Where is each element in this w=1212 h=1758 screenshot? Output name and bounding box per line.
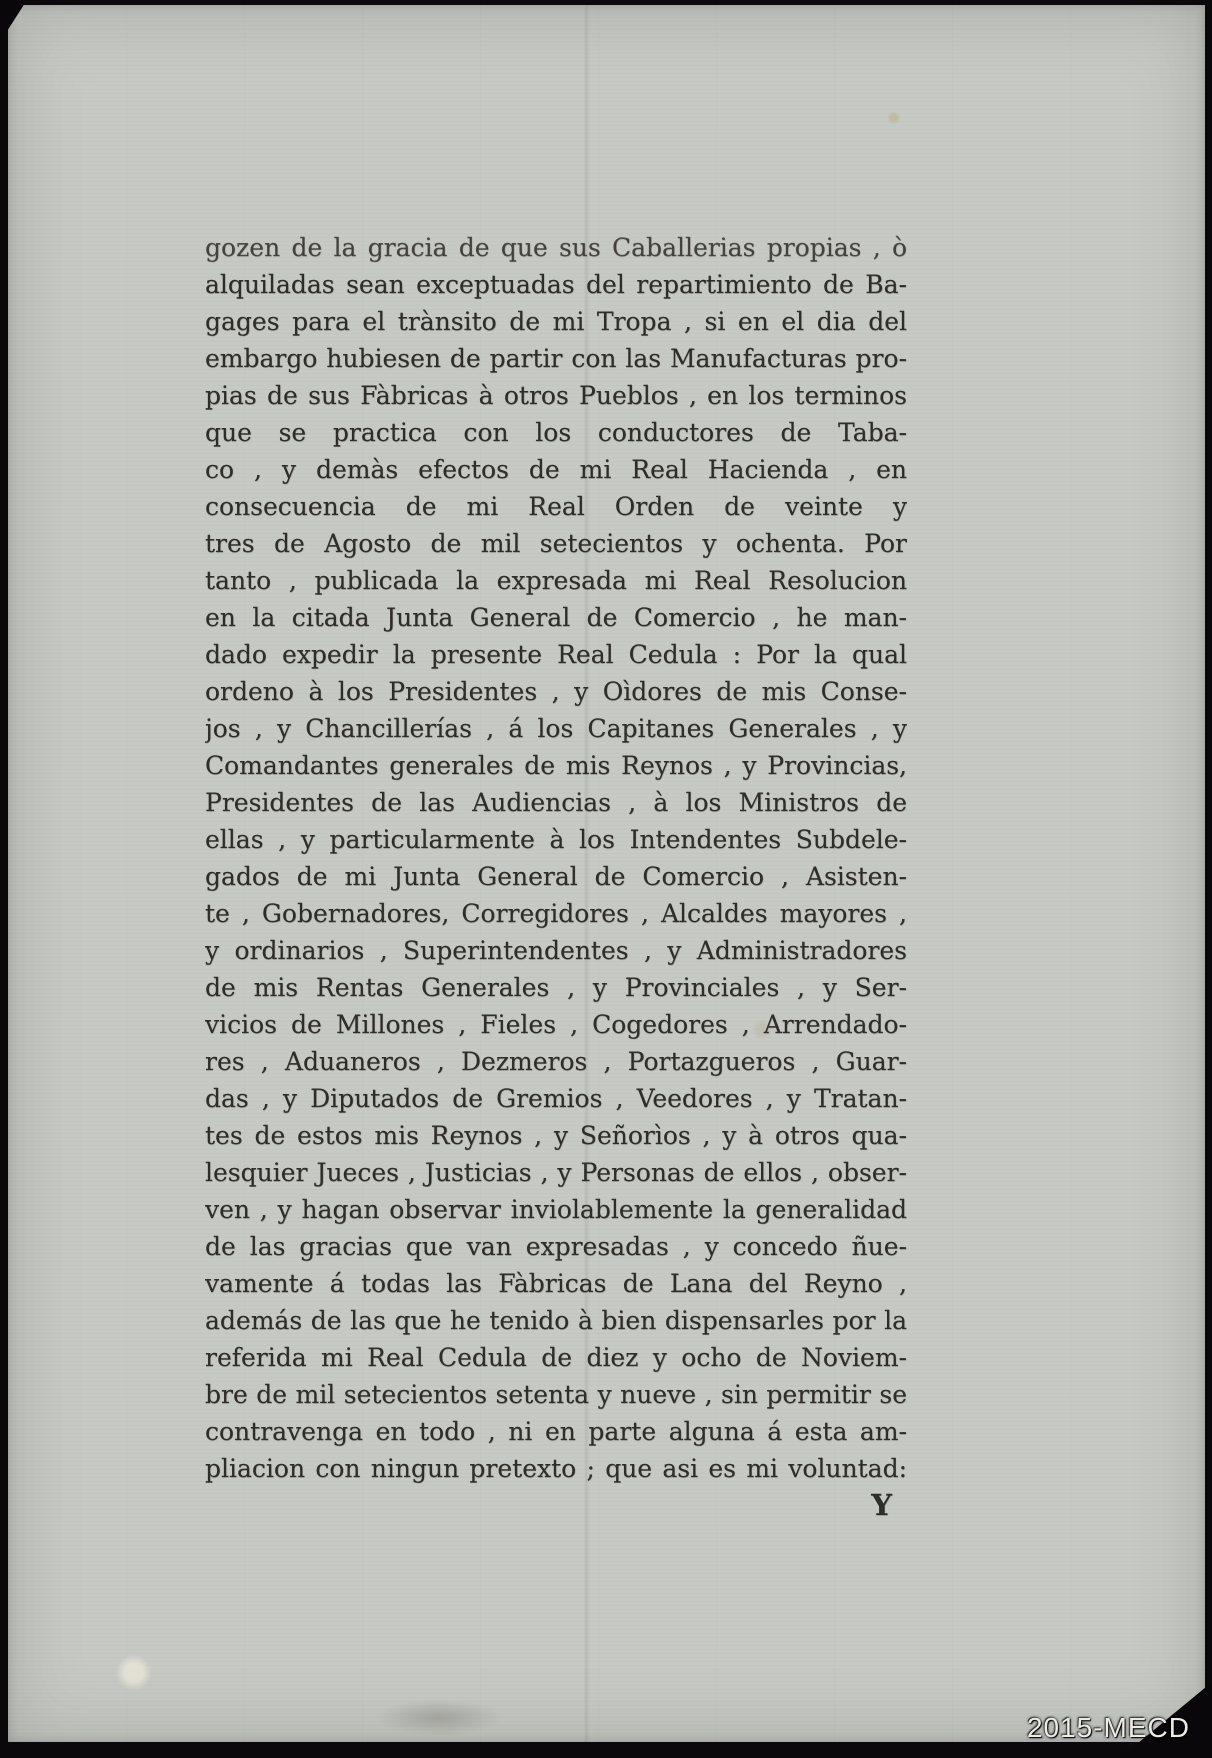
text-line: tres de Agosto de mil setecientos y oche… xyxy=(205,525,907,562)
text-line: tes de estos mis Reynos , y Señorìos , y… xyxy=(205,1117,907,1154)
text-line: ellas , y particularmente à los Intenden… xyxy=(205,821,907,858)
catchword: Y xyxy=(205,1487,907,1527)
text-line: pliacion con ningun pretexto ; que asi e… xyxy=(205,1450,907,1487)
text-line: pias de sus Fàbricas à otros Pueblos , e… xyxy=(205,377,907,414)
text-line: alquiladas sean exceptuadas del repartim… xyxy=(205,266,907,303)
text-line: en la citada Junta General de Comercio ,… xyxy=(205,599,907,636)
text-line: gados de mi Junta General de Comercio , … xyxy=(205,858,907,895)
text-line: co , y demàs efectos de mi Real Hacienda… xyxy=(205,451,907,488)
text-line: dado expedir la presente Real Cedula : P… xyxy=(205,636,907,673)
text-line: vamente á todas las Fàbricas de Lana del… xyxy=(205,1265,907,1302)
text-line: te , Gobernadores, Corregidores , Alcald… xyxy=(205,895,907,932)
text-line: jos , y Chancillerías , á los Capitanes … xyxy=(205,710,907,747)
text-line: gozen de la gracia de que sus Caballeria… xyxy=(205,229,907,266)
text-line: ven , y hagan observar inviolablemente l… xyxy=(205,1191,907,1228)
text-line: bre de mil setecientos setenta y nueve ,… xyxy=(205,1376,907,1413)
text-line: Presidentes de las Audiencias , à los Mi… xyxy=(205,784,907,821)
text-line: tanto , publicada la expresada mi Real R… xyxy=(205,562,907,599)
text-line: vicios de Millones , Fieles , Cogedores … xyxy=(205,1006,907,1043)
page-paper: gozen de la gracia de que sus Caballeria… xyxy=(8,5,1205,1742)
text-line: contravenga en todo , ni en parte alguna… xyxy=(205,1413,907,1450)
text-line: y ordinarios , Superintendentes , y Admi… xyxy=(205,932,907,969)
text-line: Comandantes generales de mis Reynos , y … xyxy=(205,747,907,784)
text-line: lesquier Jueces , Justicias , y Personas… xyxy=(205,1154,907,1191)
text-line: ordeno à los Presidentes , y Oìdores de … xyxy=(205,673,907,710)
text-line: referida mi Real Cedula de diez y ocho d… xyxy=(205,1339,907,1376)
watermark-label: 2015-MECD xyxy=(1027,1712,1190,1744)
text-line: res , Aduaneros , Dezmeros , Portazguero… xyxy=(205,1043,907,1080)
text-line: consecuencia de mi Real Orden de veinte … xyxy=(205,488,907,525)
text-line: embargo hubiesen de partir con las Manuf… xyxy=(205,340,907,377)
text-line: que se practica con los conductores de T… xyxy=(205,414,907,451)
text-line: das , y Diputados de Gremios , Veedores … xyxy=(205,1080,907,1117)
body-text: gozen de la gracia de que sus Caballeria… xyxy=(205,229,907,1527)
text-line: además de las que he tenido à bien dispe… xyxy=(205,1302,907,1339)
text-line: de mis Rentas Generales , y Provinciales… xyxy=(205,969,907,1006)
text-line: gages para el trànsito de mi Tropa , si … xyxy=(205,303,907,340)
scan-frame: gozen de la gracia de que sus Caballeria… xyxy=(0,0,1212,1758)
text-line: de las gracias que van expresadas , y co… xyxy=(205,1228,907,1265)
